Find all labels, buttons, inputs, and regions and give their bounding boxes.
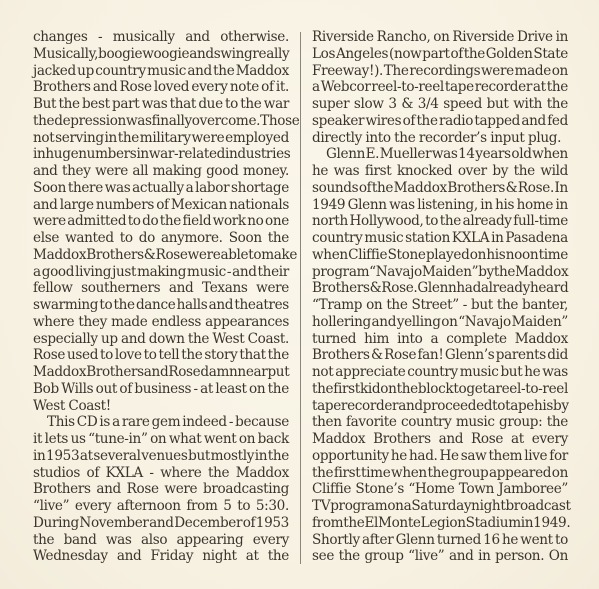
text-line: changes-musicallyandotherwise. (33, 29, 289, 46)
text-line: whenCliffieStoneplayedonhisnoontime (312, 247, 568, 264)
text-line: “TrampontheStreet”-butthebanter, (312, 297, 568, 314)
text-line: andlargenumbersofMexicannationals (33, 197, 289, 214)
text-line: program“NavajoMaiden”bytheMaddox (312, 264, 568, 281)
text-line: notservinginthemilitarywereemployed (33, 130, 289, 147)
text-line: agoodlivingjustmakingmusic-andtheir (33, 264, 289, 281)
text-line: thebandwasalsoappearingevery (33, 532, 289, 549)
text-line: DuringNovemberandDecemberof1953 (33, 515, 289, 532)
text-line: itletsus“tune-in”onwhatwentonback (33, 431, 289, 448)
text-line: wheretheymadeendlessappearances (33, 314, 289, 331)
text-line: directly into the recorder’s input plug. (312, 130, 568, 147)
text-line: aWebcorreel-to-reeltaperecorderatthe (312, 79, 568, 96)
text-line: turnedhimintoacompleteMaddox (312, 331, 568, 348)
column-divider-rule (300, 32, 301, 564)
text-line: Butthebestpartwasthatduetothewar (33, 96, 289, 113)
text-line: BrothersandRoselovedeverynoteofit. (33, 79, 289, 96)
text-line: holleringandyellingon“NavajoMaiden” (312, 314, 568, 331)
text-line: opportunityhehad.Hesawthemlivefor (312, 448, 568, 465)
text-line: TVprogramonaSaturdaynightbroadcast (312, 498, 568, 515)
text-line: Freeway!).Therecordingsweremadeon (312, 63, 568, 80)
text-line: in1953atseveralvenuesbutmostlyinthe (33, 448, 289, 465)
left-text-column: changes-musicallyandotherwise.Musically,… (33, 29, 289, 565)
text-line: GlennE.Muellerwas14yearsoldwhen (312, 146, 568, 163)
text-line: Roseusedtolovetotellthestorythatthe (33, 347, 289, 364)
text-line: especiallyupanddowntheWestCoast. (33, 331, 289, 348)
text-line: LosAngeles(nowpartoftheGoldenState (312, 46, 568, 63)
text-line: northHollywood,tothealreadyfull-time (312, 213, 568, 230)
text-line: ThisCDisararegemindeed-because (33, 414, 289, 431)
right-text-column: RiversideRancho,onRiversideDriveinLosAng… (312, 29, 568, 565)
text-line: Brothers&Rose.Glennhadalreadyheard (312, 280, 568, 297)
text-line: Musically,boogiewoogieandswingreally (33, 46, 289, 63)
text-line: BrothersandRosewerebroadcasting (33, 481, 289, 498)
text-line: CliffieStone’s“HomeTownJamboree” (312, 481, 568, 498)
text-line: thefirstkidontheblocktogetareel-to-reel (312, 381, 568, 398)
text-line: 1949Glennwaslistening,inhishomein (312, 197, 568, 214)
text-line: West Coast! (33, 398, 289, 415)
text-line: BobWillsoutofbusiness-atleastonthe (33, 381, 289, 398)
text-line: jackedupcountrymusicandtheMaddox (33, 63, 289, 80)
text-line: soundsoftheMaddoxBrothers&Rose.In (312, 180, 568, 197)
text-line: swarmingtothedancehallsandtheatres (33, 297, 289, 314)
text-line: ShortlyafterGlennturned16hewentto (312, 532, 568, 549)
text-line: MaddoxBrothersandRosedamnnearput (33, 364, 289, 381)
text-line: “live”everyafternoonfrom5to5:30. (33, 498, 289, 515)
text-line: thenfavoritecountrymusicgroup:the (312, 414, 568, 431)
text-line: thedepressionwasfinallyovercome.Those (33, 113, 289, 130)
document-page: changes-musicallyandotherwise.Musically,… (0, 0, 599, 589)
text-line: taperecorderandproceededtotapehisby (312, 398, 568, 415)
text-line: speakerwiresoftheradiotappedandfed (312, 113, 568, 130)
text-line: thefirsttimewhenthegroupappearedon (312, 465, 568, 482)
text-line: elsewantedtodoanymore.Soonthe (33, 230, 289, 247)
text-line: superslow3&3/4speedbutwiththe (312, 96, 568, 113)
text-line: inhugenumbersinwar-relatedindustries (33, 146, 289, 163)
text-line: fellowsouthernersandTexanswere (33, 280, 289, 297)
text-line: countrymusicstationKXLAinPasadena (312, 230, 568, 247)
text-line: fromtheElMonteLegionStadiumin1949. (312, 515, 568, 532)
text-line: Soontherewasactuallyalaborshortage (33, 180, 289, 197)
text-line: wereadmittedtodothefieldworknoone (33, 213, 289, 230)
text-line: WednesdayandFridaynightatthe (33, 548, 289, 565)
text-line: hewasfirstknockedoverbythewild (312, 163, 568, 180)
text-line: Brothers&Rosefan!Glenn’sparentsdid (312, 347, 568, 364)
text-line: MaddoxBrothersandRoseatevery (312, 431, 568, 448)
text-line: andtheywereallmakinggoodmoney. (33, 163, 289, 180)
text-line: studiosofKXLA-wheretheMaddox (33, 465, 289, 482)
text-line: notappreciatecountrymusicbuthewas (312, 364, 568, 381)
text-line: MaddoxBrothers&Rosewereabletomake (33, 247, 289, 264)
text-line: RiversideRancho,onRiversideDrivein (312, 29, 568, 46)
text-line: seethegroup“live”andinperson.On (312, 548, 568, 565)
